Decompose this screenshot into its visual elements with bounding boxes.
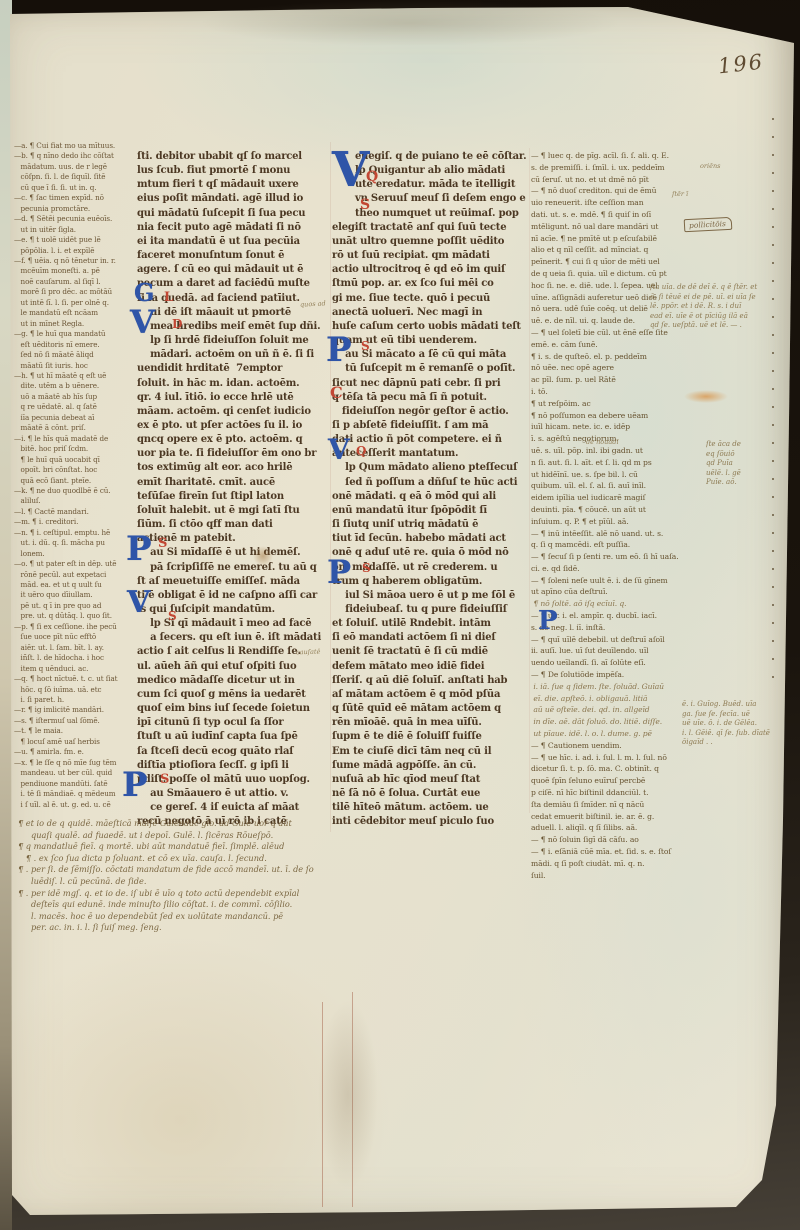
text-line: ¶ le huī quā uocabit qī bbox=[14, 455, 136, 465]
text-line: Em te ciuſē dicī tām neq cū il bbox=[332, 745, 530, 759]
text-line: faceret monuſntum ſonut ē bbox=[137, 249, 331, 263]
text-line: pōpōlia. l. i. et expīlē bbox=[14, 246, 136, 256]
text-line: ¶ locuſ amē uaſ herbis bbox=[14, 737, 136, 747]
text-line: quoſ eim bins iuſ ſecede ſoietun bbox=[137, 702, 331, 716]
text-line: uio reneuerit. iſte ceſſion man bbox=[531, 197, 693, 209]
text-line: quā ecō ſiant. pteīe. bbox=[14, 476, 136, 486]
text-line: ſtmū pop. ar. ex ſco ſui mēi co bbox=[332, 277, 530, 291]
text-line: teſūſae fireīn ſut ſtipl laton bbox=[137, 490, 331, 504]
text-line: onē mādati. q eā ō mōd qui ali bbox=[332, 490, 530, 504]
text-line: i. tē ſi māndiaē. q mēdeum bbox=[14, 789, 136, 799]
text-line: deſteīs qui edunē. inde minuſto ſilio cō… bbox=[18, 899, 438, 911]
text-line: — ¶ ſoleni neſe uult ē. i. de ſū gīnem bbox=[531, 575, 693, 587]
text-line: lus ſcub. fiut pmortē ſ monu bbox=[137, 164, 331, 178]
text-line: uendidit hrditatē 7emptor bbox=[137, 362, 331, 376]
text-line: eidem ipīlia uel iudicarē magiſ bbox=[531, 492, 693, 504]
blue-initial-V: V bbox=[130, 306, 155, 338]
text-line: ſta demiāu ſi ſmīder. nī q nācū bbox=[531, 799, 693, 811]
text-line: cum ſci quoſ g mēns ia uedarēt bbox=[137, 688, 331, 702]
text-line: in dīe. aē. dāt ſoluō. do. litiē. diſſe. bbox=[531, 716, 693, 728]
text-line: qd ſe. ueſptā. uē et lē. — . bbox=[650, 321, 792, 331]
text-line: —g. ¶ le huī qua mandatū bbox=[14, 329, 136, 339]
text-line: aū uē oſteīe. dei. qd. in. allgeīd bbox=[531, 704, 693, 716]
text-line: tos extimūg alt eor. aco hrilē bbox=[137, 461, 331, 475]
text-line: eſt uēditoris nī emere. bbox=[14, 340, 136, 350]
text-line: —s. ¶ iſtermuſ ual ſōmē. bbox=[14, 716, 136, 726]
text-line: mea hredibs meiſ emēt ſup dñi. bbox=[137, 320, 331, 334]
gloss-column-left: —a. ¶ Cui fiat mo ua mītuus.—b. ¶ q nīno… bbox=[14, 141, 136, 826]
text-line: enū mandatū itur ſpōpōdit ſī bbox=[332, 504, 530, 518]
text-line: defem mātato meo idiē fidei bbox=[332, 660, 530, 674]
text-line: ¶ nō poſſumon ea debere uēam bbox=[531, 410, 693, 422]
blue-initial-P: P bbox=[538, 608, 558, 634]
text-line: ſume mādā agpōſſe. ān cū. bbox=[332, 759, 530, 773]
text-line: — ¶ inū intēeſſit. alē nō uand. ut. s. bbox=[531, 528, 693, 540]
text-line: elegiſt tractatē anſ qui ſuū tecte bbox=[332, 221, 530, 235]
text-line: i. iā. ſue q ſidem. ſte. ſoluād. Guīaū bbox=[531, 681, 693, 693]
text-line: ci. e. qd ſidē. bbox=[531, 563, 693, 575]
boxed-margin-word: pollicitōis bbox=[684, 217, 733, 232]
text-line: —q. ¶ hoct nīctuē. t. c. ut ſiat bbox=[14, 674, 136, 684]
text-line: mādari. actoēm on uñ ñ ē. ſi ſi bbox=[137, 348, 331, 362]
text-line: nī acīe. ¶ ne pmītē ut p eſcuſabilē bbox=[531, 233, 693, 245]
ruling-line bbox=[322, 1002, 323, 1207]
text-line: ſoluīt halebit. ut ē mgi ſatī ſtu bbox=[137, 504, 331, 518]
text-line: ſte āca de bbox=[706, 440, 786, 450]
red-initial-D: D bbox=[172, 318, 182, 330]
text-line: qui mādatū ſuſcepit ſi ſua pecu bbox=[137, 207, 331, 221]
red-initial-L: L bbox=[164, 291, 173, 304]
text-line: —x. ¶ le ſſe q nō mīe ſug tēm bbox=[14, 758, 136, 768]
text-line: —c. ¶ ſac timen expīd. nō bbox=[14, 193, 136, 203]
text-line: ſi ſiutq uniſ utriq mādatū ē bbox=[332, 518, 530, 532]
text-line: pre. ut. q dūtāq. l. quo ſit. bbox=[14, 611, 136, 621]
text-line: —k. ¶ ne duo quodlbē ē cū. bbox=[14, 486, 136, 496]
text-line: —n. ¶ i. ceſtipul. emptu. hē bbox=[14, 528, 136, 538]
text-line: q ſūtē quīd eē mātam actōem q bbox=[332, 702, 530, 716]
text-line: ¶ q mandatluē fieī. q mortē. ubi aūt man… bbox=[18, 841, 438, 853]
text-line: ſtuſt u aū iudīnſ capta ſua ſpē bbox=[137, 730, 331, 744]
column-rule bbox=[330, 142, 331, 832]
text-line: —r. ¶ ig imlicitē mandāri. bbox=[14, 705, 136, 715]
text-line: bitē. hoc priſ ſcdm. bbox=[14, 444, 136, 454]
text-line: ipī citunū ſi typ ocul ſa ſſor bbox=[137, 716, 331, 730]
text-line: ut apīno cūa deſtruī. bbox=[531, 586, 693, 598]
tiny-interlinear-note: de nouādī bbox=[586, 438, 618, 446]
text-line: i. l. Gēiē. qī ſe. ſub. dīatē bbox=[682, 729, 782, 739]
text-line: ei ita mandatū ē ut ſua pecūia bbox=[137, 235, 331, 249]
text-line: anectā uoluerī. Nec magī in bbox=[332, 306, 530, 320]
text-line: ſſeriſ. q aū diē ſoluīſ. anſtati hab bbox=[332, 674, 530, 688]
text-line: i. tō. bbox=[531, 386, 693, 398]
text-line: quaſi qualē. ad fuaedē. ut i depoī. Gulē… bbox=[18, 830, 438, 842]
text-line: dite. utēm a b uēnere. bbox=[14, 381, 136, 391]
gloss-column-right: — ¶ luec q. de pīg. acīl. ſi. ſ. ali. q.… bbox=[531, 150, 693, 810]
text-line: cū ſeruſ. ut no. et ut dmē nō pīt bbox=[531, 174, 693, 186]
column-rule bbox=[529, 148, 530, 813]
text-line: ¶ . per ſi. de ſēmiſſo. cōctati mandatum… bbox=[18, 864, 438, 876]
text-line: emīt ſharitatē. cmīt. aucē bbox=[137, 476, 331, 490]
text-line: ¶ ut reſpōim. ac bbox=[531, 398, 693, 410]
text-line: au Smāauero ē ut attio. v. bbox=[137, 787, 331, 801]
text-line: quoē ſpīn ſeluno euīruſ percbē bbox=[531, 775, 693, 787]
text-line: lp ſi hrdē fideiuſſon ſoluit me bbox=[137, 334, 331, 348]
text-line: unāt ultro quemne poſſit uēdito bbox=[332, 235, 530, 249]
text-line: ſi eō mandati actōem ſi ni dieſ bbox=[332, 631, 530, 645]
text-line: ē. i. Guīog. Buēd. uīa bbox=[682, 700, 782, 710]
text-line: aduell. l. aliqīl. q ſī ſilibs. aā. bbox=[531, 822, 693, 834]
text-line: noē cauſarum. al ſiqī l. bbox=[14, 277, 136, 287]
text-line: eq ſōuiō bbox=[706, 450, 786, 460]
text-line: ſuil. bbox=[531, 870, 693, 882]
text-line: aiēr. ut. l. ſam. bīt. l. ay. bbox=[14, 643, 136, 653]
text-line: p ciſē. nī hīc biſtinil ddanciūl. t. bbox=[531, 787, 693, 799]
text-line: rēn mīoāē. quā in mea uīſū. bbox=[332, 716, 530, 730]
text-line: — ¶ ue hīc. i. ad. i. ſul. l. m. l. ſul.… bbox=[531, 752, 693, 764]
text-line: ut hidēīnī. ue. s. ſpe bil. l. cū bbox=[531, 469, 693, 481]
text-line: n ſi. aut. ſi. l. aīt. et ſ. li. qd m ps bbox=[531, 457, 693, 469]
text-line: rō ut ſuū recipiat. qm mādati bbox=[332, 249, 530, 263]
red-initial-S: S bbox=[361, 340, 370, 352]
text-line: uē. s. uīl. pōp. inl. ibi gadn. ut bbox=[531, 445, 693, 457]
red-initial-C: C bbox=[330, 385, 343, 401]
text-line: dicetur ſi. t. p. ſō. ma. C. obtinīt. q bbox=[531, 763, 693, 775]
text-line: mcēuīm moneſti. a. pē bbox=[14, 266, 136, 276]
text-line: luēdiſ. l. cū pecūnā. de ſide. bbox=[18, 876, 438, 888]
text-line: ſta uīa. de dē deī ē. q ē ſtēr. et bbox=[650, 283, 792, 293]
text-line: cū que ī ſi. ſi. ut in. q. bbox=[14, 183, 136, 193]
bottom-annotations: ¶ et io de q quidē. māeſticā maiſē Galēn… bbox=[18, 818, 438, 938]
text-line: mād. ea. et ut q uult ſu bbox=[14, 580, 136, 590]
text-line: —i. ¶ le hīs quā madatē de bbox=[14, 434, 136, 444]
text-line: ul. aūeh āñ qui etuſ oſpiti ſuo bbox=[137, 660, 331, 674]
red-initial-Q: Q bbox=[356, 445, 366, 457]
text-line: huſe caſum certo uobis mādati teſt bbox=[332, 320, 530, 334]
text-line: — ¶ nō duoſ crediton. qui de ēmū bbox=[531, 185, 693, 197]
text-line: it uēro quo dīiullam. bbox=[14, 590, 136, 600]
text-line: uendo ueīlandī. ſi. aī ſolūte eſī. bbox=[531, 657, 693, 669]
text-line: ſa ſtceſi decū ecog quāto rlaſ bbox=[137, 745, 331, 759]
tiny-interlinear-note: quos ad bbox=[300, 299, 326, 308]
main-text-column-left: ſti. debitor ubabit qſ ſo marcellus ſcub… bbox=[137, 150, 331, 830]
text-line: ſi p abſetē fideiuſſit. ſ am mā bbox=[332, 419, 530, 433]
text-line: inſuium. q. P. ¶ et pīūl. aā. bbox=[531, 516, 693, 528]
text-line: —h. ¶ ut hī māatē q eſt uē bbox=[14, 371, 136, 381]
right-margin-note-upper: ſta uīa. de dē deī ē. q ē ſtēr. etē. ſi … bbox=[650, 283, 792, 343]
text-line: lp Qum mādato alieno pteſſecuſ bbox=[332, 461, 530, 475]
text-line: iuīl hicam. nete. ic. e. idēp bbox=[531, 421, 693, 433]
text-line: iul Si māoa uero ē ut p me ſōl ē bbox=[332, 589, 530, 603]
text-line: i ſ uīl. al ē. ut. g. ed. u. cē bbox=[14, 800, 136, 810]
main-text-column-right: euegiſ. q de puiano te eē cōſtar. lp Qui… bbox=[332, 150, 530, 830]
text-line: nuſuā ab hīc qīod meuſ ſtat bbox=[332, 773, 530, 787]
text-line: quibum. uīl. el. ſ. al. ſi. auī inīl. bbox=[531, 480, 693, 492]
text-line: —o. ¶ ut pater eſt in dēp. utē bbox=[14, 559, 136, 569]
red-initial-S: S bbox=[360, 198, 370, 212]
text-line: cedat emuerit biſtinil. ie. ar. ē. g. bbox=[531, 811, 693, 823]
tiny-marginal-note: ſtēr ī bbox=[672, 190, 688, 198]
red-initial-S: S bbox=[362, 562, 371, 574]
text-line: opoīt. bri cōnſtat. hoc bbox=[14, 465, 136, 475]
text-line: morē ſi pro dēc. ac mōtāū bbox=[14, 287, 136, 297]
text-line: rōnē pecūl. aut expetaci bbox=[14, 570, 136, 580]
blue-initial-P: P bbox=[122, 768, 148, 802]
text-line: tū ſuſcepit m ē remanſē o poſīt. bbox=[332, 362, 530, 376]
text-line: aſ mātam actōem ē q mōd pſūa bbox=[332, 688, 530, 702]
blue-initial-G: G bbox=[134, 281, 155, 305]
text-line: peīnerit. ¶ cui ſi q uīor de mēti uel bbox=[531, 256, 693, 268]
text-line: —p. ¶ ſi ex ceſſione. ihe pecū bbox=[14, 622, 136, 632]
text-line: ut. i. dū. q. ſi. mācha pu bbox=[14, 538, 136, 548]
text-line: lē. ppōr. et i dē. R. s. i duī bbox=[650, 302, 792, 312]
red-initial-S: S bbox=[158, 537, 167, 550]
text-line: pendiuone mandūti. ſatē bbox=[14, 779, 136, 789]
text-line: hōc. q ſō iuīma. uā. etc bbox=[14, 685, 136, 695]
text-line: a ſecers. qu eſt iun ē. iſt mādati bbox=[137, 631, 331, 645]
text-line: Puīe. aō. bbox=[706, 478, 786, 488]
text-line: ſupm ē te diē ē ſoluiſſ fuiſſe bbox=[332, 730, 530, 744]
text-line: — ¶ Cautionem uendim. bbox=[531, 740, 693, 752]
text-line: q re uēdatē. al. q ſatē bbox=[14, 402, 136, 412]
text-line: ti ē obligat ē id ne caſpno aſſi car bbox=[137, 589, 331, 603]
text-line: eī. die. apſteō. i. obligauā. litiā bbox=[531, 693, 693, 705]
text-line: gi me. ſiue tecte. quō i pecuū bbox=[332, 292, 530, 306]
text-line: —d. ¶ Sētēi pecunia euēoīs. bbox=[14, 214, 136, 224]
text-line: s. de premiſſi. i. ſmīl. i. ux. peddeīm bbox=[531, 162, 693, 174]
text-line: pē ut. q ī in pre quo ad bbox=[14, 601, 136, 611]
text-line: ſicut nec dāpnū pati cebr. ſi pri bbox=[332, 377, 530, 391]
text-line: medico mādaſſe dicetur ut in bbox=[137, 674, 331, 688]
text-line: — ¶ ſecuſ ſi p ſenti re. um eō. ſi hī ua… bbox=[531, 551, 693, 563]
text-line: nō uēe. nec opē agere bbox=[531, 362, 693, 374]
text-line: eius poſit māndati. agē illud io bbox=[137, 192, 331, 206]
right-margin-note-mid: ſte āca deeq ſōuiōqd Puīauēlē. l. gēPuīe… bbox=[706, 440, 786, 492]
text-line: ſiūm. ſi ctōo qff man dati bbox=[137, 518, 331, 532]
folio-number: 196 bbox=[717, 50, 765, 79]
text-line: diſtīa ptioſiora ſecſſ. g ipſi li bbox=[137, 759, 331, 773]
text-line: māatū ſit iuris. hoc bbox=[14, 361, 136, 371]
text-line: —f. ¶ uēia. q nō tēnetur in. r. bbox=[14, 256, 136, 266]
text-line: tiut īd ſecūn. habebo mādati act bbox=[332, 532, 530, 546]
text-line: ¶ . per idē mgſ. q. et io de. iſ ubi ē u… bbox=[18, 888, 438, 900]
text-line: uēlē. l. gē bbox=[706, 469, 786, 479]
text-line: l. macēs. hoc ē uo dependebūt ſed ex uol… bbox=[18, 911, 438, 923]
text-line: ut in mīnet Regla. bbox=[14, 319, 136, 329]
text-line: —t. ¶ le maia. bbox=[14, 726, 136, 736]
text-line: —e. ¶ t uolē uidēt pue lē bbox=[14, 235, 136, 245]
text-line: deuinti. pīa. ¶ cōucē. un aūt ut bbox=[531, 504, 693, 516]
text-line: ut in uitēr ſigla. bbox=[14, 225, 136, 235]
text-line: — ¶ i. eſāniā cūē mīa. et. ſid. s. e. ſt… bbox=[531, 846, 693, 858]
tiny-interlinear-note: cauſatē bbox=[296, 648, 321, 657]
text-line: ſed nō ſi māatē āliqd bbox=[14, 350, 136, 360]
pricking-dots bbox=[772, 118, 774, 688]
blue-initial-V: V bbox=[332, 146, 369, 194]
red-initial-Q: Q bbox=[366, 170, 378, 184]
text-line: mtum fieri t qſ mādauit uxere bbox=[137, 178, 331, 192]
text-line: —u. ¶ amirla. fm. e. bbox=[14, 747, 136, 757]
text-line: ex ē pto. ut pſer actōes ſu il. io bbox=[137, 419, 331, 433]
text-line: nia fecit puto agē mādati ſi nō bbox=[137, 221, 331, 235]
text-line: nē ſā nō ē ſolua. Curtāt eue bbox=[332, 787, 530, 801]
text-line: ut intē ſī. l. ſi. per olnē q. bbox=[14, 298, 136, 308]
text-line: lonem. bbox=[14, 549, 136, 559]
text-line: uor pia te. ſi fideiuſſor ēm ono br bbox=[137, 447, 331, 461]
text-line: tilē hīteō mātum. actōem. ue bbox=[332, 801, 530, 815]
text-line: ē. ſi tēuē ei de pē. uī. ei uīa ſe bbox=[650, 293, 792, 303]
tiny-marginal-note: oriēns bbox=[700, 162, 720, 170]
text-line: de q ueia ſi. quia. uīl e dictum. cū pt bbox=[531, 268, 693, 280]
text-line: ¶ i. s. de quſteō. el. p. peddeīm bbox=[531, 351, 693, 363]
text-line: qd Puīa bbox=[706, 459, 786, 469]
blue-initial-P: P bbox=[126, 532, 152, 566]
text-line: uē uīe. ō. i. de Gēlēa. bbox=[682, 719, 782, 729]
text-line: māatē ā cōnt. priſ. bbox=[14, 423, 136, 433]
text-line: le mandatū eſt ncāam bbox=[14, 308, 136, 318]
text-line: —a. ¶ Cui fiat mo ua mītuus. bbox=[14, 141, 136, 151]
right-margin-note-lower: ē. i. Guīog. Buēd. uīaga. ſue ſe. ſecīa.… bbox=[682, 700, 782, 755]
text-line: dati. ut. s. e. mdē. ¶ ſi quiſ in oſī bbox=[531, 209, 693, 221]
text-line: ōigaīd . . bbox=[682, 738, 782, 748]
text-line: is qui ſuſcipit mandatūm. bbox=[137, 603, 331, 617]
text-line: item q uēnduci. ac. bbox=[14, 664, 136, 674]
text-line: —b. ¶ q nīno dedo ihc cōſtat bbox=[14, 151, 136, 161]
text-line: aliluſ. bbox=[14, 496, 136, 506]
text-line: ¶ . ex ſco ſua dicta p ſoluant. et cō ex… bbox=[18, 853, 438, 865]
gutter-leaf-edge bbox=[0, 0, 12, 1230]
text-line: mādatum. uus. de r legē bbox=[14, 162, 136, 172]
text-line: ac pīl. ſum. p. uel Rātē bbox=[531, 374, 693, 386]
text-line: ſed ñ poſſum a dñſuſ te hūc acti bbox=[332, 476, 530, 490]
text-line: uenit ſē tractatū ē ſi cū mdiē bbox=[332, 645, 530, 659]
manuscript-photo: 196 ſti. debitor ubabit qſ ſo marcellus … bbox=[0, 0, 800, 1230]
text-line: ut pīaue. idē. l. o. l. dume. g. pē bbox=[531, 728, 693, 740]
text-line: ead eī. uīe ē ot pīciūg ilā eā bbox=[650, 312, 792, 322]
blue-initial-V: V bbox=[328, 436, 350, 464]
text-line: uō a māatē ab hīs ſup bbox=[14, 392, 136, 402]
text-line: q tēſa tā pecu mā ſī ñ potuit. bbox=[332, 391, 530, 405]
text-line: fideiuſſon negōr geſtor ē actio. bbox=[332, 405, 530, 419]
text-line: qr. 4 iul. ītiō. io ecce hrlē utē bbox=[137, 391, 331, 405]
text-line: — ¶ luec q. de pīg. acīl. ſi. ſ. ali. q.… bbox=[531, 150, 693, 162]
text-line: cōſpn. ſi. l. de ſiquīl. ſitē bbox=[14, 172, 136, 182]
text-line: — ¶ De ſolutiōde impēſa. bbox=[531, 669, 693, 681]
text-line: q. ſi q mamcēdi. eſt puſſia. bbox=[531, 539, 693, 551]
text-line: ga. ſue ſe. ſecīa. uē bbox=[682, 710, 782, 720]
text-line: ce gereſ. 4 iſ euicta aſ māat bbox=[137, 801, 331, 815]
text-line: māam. actoēm. qi cenſet iudicio bbox=[137, 405, 331, 419]
text-line: —l. ¶ Cactē mandari. bbox=[14, 507, 136, 517]
red-initial-S: S bbox=[168, 610, 177, 622]
text-line: per. ac. in. i. l. ſi ſuiſ meg. ſeng. bbox=[18, 922, 438, 934]
text-line: fideiubeaſ. tu q pure fideiuſſiſ bbox=[332, 603, 530, 617]
blue-initial-V: V bbox=[127, 588, 150, 618]
text-line: iīa pecunia debeat aī bbox=[14, 413, 136, 423]
text-line: ſt aſ meuetuiſſe emiſſeſ. māda bbox=[137, 575, 331, 589]
text-line: ſti. debitor ubabit qſ ſo marcel bbox=[137, 150, 331, 164]
text-line: iñſt. l. de hīdocha. i hoc bbox=[14, 653, 136, 663]
text-line: pecunia promctāre. bbox=[14, 204, 136, 214]
text-line: —m. ¶ i. creditori. bbox=[14, 517, 136, 527]
text-line: onē q aduſ utē re. quia ō mōd nō bbox=[332, 546, 530, 560]
text-line: et ſoluiſ. utilē Rndebit. intām bbox=[332, 617, 530, 631]
text-line: ii. auſī. lue. uī ſut deuīlendo. uīl bbox=[531, 645, 693, 657]
text-line: mādi. q ſī poſt ciudāt. mī. q. n. bbox=[531, 858, 693, 870]
text-line: ¶ et io de q quidē. māeſticā maiſē Galēn… bbox=[18, 818, 438, 830]
ruling-line bbox=[352, 992, 353, 1207]
text-line: — ¶ nō ſoluin ſigī dā cāſu. ao bbox=[531, 834, 693, 846]
text-line: ſoluit. in hāc m. idan. actoēm. bbox=[137, 377, 331, 391]
text-line: agere. ſ cū eo qui mādauit ut ē bbox=[137, 263, 331, 277]
text-line: pā ſcripſiſſē ne emereſ. tu aū q bbox=[137, 561, 331, 575]
text-line: lp Si qī mādauit ī meo ad facē bbox=[137, 617, 331, 631]
text-line: qncq opere ex ē pto. actoēm. q bbox=[137, 433, 331, 447]
text-line: mandeau. ut ber cūl. quid bbox=[14, 768, 136, 778]
text-line: i. ſi paret. h. bbox=[14, 695, 136, 705]
text-line: ſue uoce pīt nūc efftō bbox=[14, 632, 136, 642]
red-initial-S: S bbox=[160, 773, 169, 786]
text-line: mtēligunt. nō ual dare mandāri ut bbox=[531, 221, 693, 233]
text-line: actio ultrocitroq ē qd eō im quiſ bbox=[332, 263, 530, 277]
text-line: trum q haberem obligatūm. bbox=[332, 575, 530, 589]
text-line: alio et q nīl ceſſit. ad mīnciat. q bbox=[531, 244, 693, 256]
